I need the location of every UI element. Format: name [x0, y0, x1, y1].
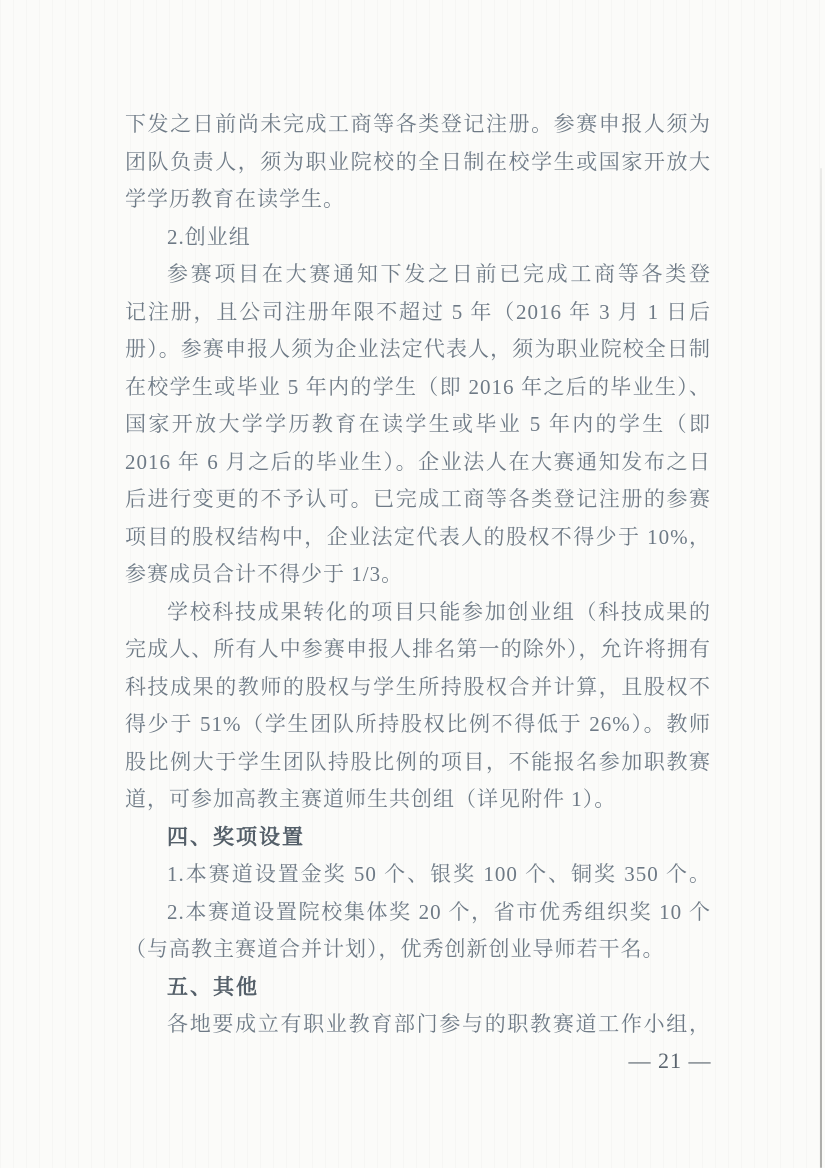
text-line: 项目的股权结构中，企业法定代表人的股权不得少于 10%，: [125, 519, 711, 557]
text-line: 各地要成立有职业教育部门参与的职教赛道工作小组，: [125, 1006, 711, 1044]
text-line: 国家开放大学学历教育在读学生或毕业 5 年内的学生（即: [125, 406, 711, 444]
text-line: 学校科技成果转化的项目只能参加创业组（科技成果的: [125, 594, 711, 632]
document-body: 下发之日前尚未完成工商等各类登记注册。参赛申报人须为 团队负责人，须为职业院校的…: [125, 106, 711, 1044]
text-line: 1.本赛道设置金奖 50 个、银奖 100 个、铜奖 350 个。: [125, 856, 711, 894]
text-line: 道，可参加高教主赛道师生共创组（详见附件 1）。: [125, 781, 711, 819]
text-line: 2.本赛道设置院校集体奖 20 个，省市优秀组织奖 10 个: [125, 894, 711, 932]
document-page: 下发之日前尚未完成工商等各类登记注册。参赛申报人须为 团队负责人，须为职业院校的…: [0, 0, 825, 1168]
text-line: 2016 年 6 月之后的毕业生）。企业法人在大赛通知发布之日: [125, 444, 711, 482]
text-line: 股比例大于学生团队持股比例的项目，不能报名参加职教赛: [125, 744, 711, 782]
text-line: 学学历教育在读学生。: [125, 181, 711, 219]
text-line: 记注册，且公司注册年限不超过 5 年（2016 年 3 月 1 日后注: [125, 294, 711, 332]
text-line: 册）。参赛申报人须为企业法定代表人，须为职业院校全日制: [125, 331, 711, 369]
text-line: 团队负责人，须为职业院校的全日制在校学生或国家开放大: [125, 144, 711, 182]
text-line: （与高教主赛道合并计划），优秀创新创业导师若干名。: [125, 931, 711, 969]
section-heading-other: 五、其他: [125, 969, 711, 1007]
text-line: 得少于 51%（学生团队所持股权比例不得低于 26%）。教师持: [125, 706, 711, 744]
section-heading-awards: 四、奖项设置: [125, 819, 711, 857]
subsection-title: 2.创业组: [125, 219, 711, 257]
text-line: 下发之日前尚未完成工商等各类登记注册。参赛申报人须为: [125, 106, 711, 144]
text-line: 在校学生或毕业 5 年内的学生（即 2016 年之后的毕业生）、: [125, 369, 711, 407]
text-line: 后进行变更的不予认可。已完成工商等各类登记注册的参赛: [125, 481, 711, 519]
text-line: 科技成果的教师的股权与学生所持股权合并计算，且股权不: [125, 669, 711, 707]
text-line: 完成人、所有人中参赛申报人排名第一的除外），允许将拥有: [125, 631, 711, 669]
page-number: — 21 —: [615, 1048, 725, 1074]
scan-edge-artifact: [820, 168, 822, 1168]
text-line: 参赛项目在大赛通知下发之日前已完成工商等各类登: [125, 256, 711, 294]
text-line: 参赛成员合计不得少于 1/3。: [125, 556, 711, 594]
